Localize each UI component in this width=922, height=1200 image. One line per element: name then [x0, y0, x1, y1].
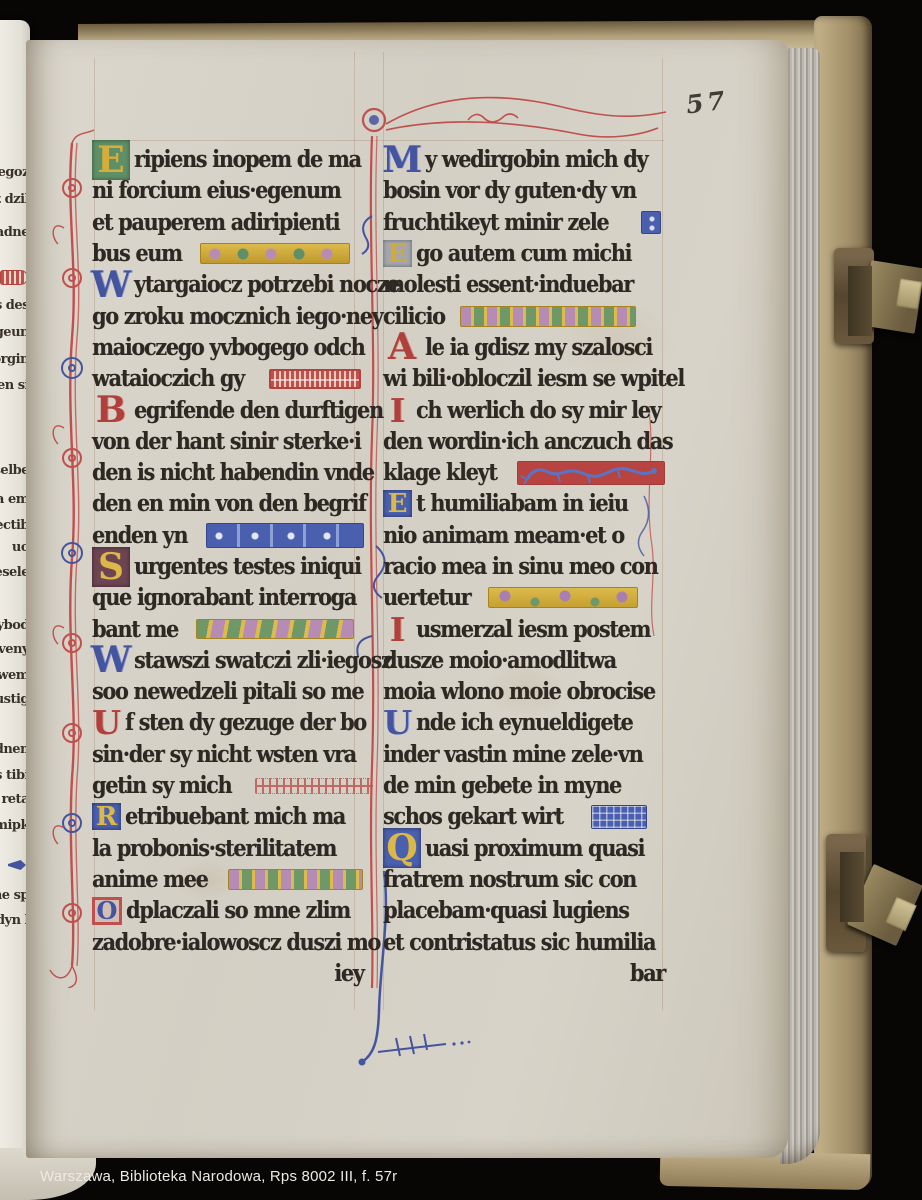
- manuscript-line: Unde ich eynueldigete: [383, 707, 665, 738]
- line-text: la probonis·sterilitatem: [92, 835, 336, 862]
- facing-page-text-fragment: wsb wem: [0, 668, 29, 683]
- manuscript-line: den is nicht habendin vnde: [92, 457, 364, 488]
- manuscript-line: wi bili·obloczil iesm se wpitel: [383, 363, 665, 394]
- manuscript-line: Eripiens inopem de ma: [92, 144, 364, 175]
- illuminated-initial: A: [383, 327, 421, 367]
- manuscript-line: Ich werlich do sy mir ley: [383, 394, 665, 425]
- clasp-brass-tab: [896, 278, 922, 309]
- manuscript-line: den en min von den begrif: [92, 488, 364, 519]
- red-block-line-filler-icon: [269, 369, 361, 389]
- line-text: getin sy mich: [92, 772, 231, 799]
- text-column-right: My wedirgobin mich dybosin vor dy guten·…: [383, 144, 665, 989]
- line-text: klage kleyt: [383, 459, 497, 486]
- manuscript-line: molesti essent·induebar: [383, 269, 665, 300]
- clasp-strap-shadow: [848, 266, 872, 336]
- illuminated-initial: W: [92, 640, 130, 680]
- line-text: urgentes testes iniqui: [134, 553, 361, 580]
- line-text: usmerzal iesm postem: [416, 616, 650, 643]
- manuscript-line: la probonis·sterilitatem: [92, 833, 364, 864]
- manuscript-line: que ignorabant interroga: [92, 582, 364, 613]
- manuscript-line: anime mee: [92, 864, 364, 895]
- manuscript-line: soo newedzeli pitali so me: [92, 676, 364, 707]
- manuscript-line: de min gebete in myne: [383, 770, 665, 801]
- blue-band-line-filler-icon: [206, 523, 364, 548]
- illuminated-initial: O: [92, 897, 122, 925]
- facing-page-text-fragment: ybod: [0, 618, 29, 633]
- manuscript-line: Odplaczali so mne zlim: [92, 895, 364, 926]
- line-text: etribuebant mich ma: [125, 803, 345, 830]
- text-column-left: Eripiens inopem de mani forcium eius·ege…: [92, 144, 364, 989]
- manuscript-line: inder vastin mine zele·vn: [383, 739, 665, 770]
- manuscript-line: Retribuebant mich ma: [92, 801, 364, 832]
- line-text: go autem cum michi: [416, 240, 631, 267]
- red-pen-line-filler-icon: [255, 778, 373, 794]
- line-text: bosin vor dy guten·dy vn: [383, 177, 636, 204]
- line-text: le ia gdisz my szalosci: [425, 334, 652, 361]
- line-text: et contristatus sic humilia: [383, 929, 655, 956]
- line-text: y wedirgobin mich dy: [425, 146, 647, 173]
- illuminated-initial: W: [92, 265, 130, 305]
- manuscript-line: schos gekart wirt: [383, 801, 665, 832]
- blue-small-line-filler-icon: [641, 211, 661, 234]
- line-text: stawszi swatczi zli·iegosz: [134, 647, 391, 674]
- manuscript-line: bus eum: [92, 238, 364, 269]
- facing-page-text-fragment: nea em: [0, 492, 29, 507]
- facing-page-text-fragment: hemipk: [0, 818, 29, 833]
- manuscript-line: bant me: [92, 613, 364, 644]
- dragon-icon: [518, 462, 666, 486]
- manuscript-line: Wstawszi swatczi zli·iegosz: [92, 645, 364, 676]
- line-text: maioczego yvbogego odch: [92, 334, 364, 361]
- facing-page-text-fragment: veny: [0, 642, 29, 657]
- line-text: fratrem nostrum sic con: [383, 866, 636, 893]
- manuscript-line: Iusmerzal iesm postem: [383, 613, 665, 644]
- illuminated-initial: M: [383, 140, 421, 180]
- illuminated-initial: I: [383, 616, 412, 643]
- manuscript-line: ni forcium eius·egenum: [92, 175, 364, 206]
- illuminated-initial: U: [92, 709, 121, 736]
- line-text: go zroku mocznich iego·ney: [92, 303, 382, 330]
- illuminated-initial: R: [92, 803, 121, 830]
- line-text: uertetur: [383, 584, 470, 611]
- gold-flowers-line-filler-icon: [200, 243, 350, 264]
- line-text: placebam·quasi lugiens: [383, 897, 629, 924]
- manuscript-line: Et humiliabam in ieiu: [383, 488, 665, 519]
- line-text: racio mea in sinu meo con: [383, 553, 657, 580]
- manuscript-line: moia wlono moie obrocise: [383, 676, 665, 707]
- clasp-strap-shadow: [840, 852, 864, 922]
- manuscript-line: Quasi proximum quasi: [383, 833, 665, 864]
- line-text: que ignorabant interroga: [92, 584, 356, 611]
- manuscript-line: Ego autem cum michi: [383, 238, 665, 269]
- line-text: ripiens inopem de ma: [134, 146, 361, 173]
- illuminated-initial: Q: [383, 828, 421, 868]
- illuminated-initial: E: [383, 240, 412, 267]
- manuscript-line: wataioczich gy: [92, 363, 364, 394]
- manuscript-line: uertetur: [383, 582, 665, 613]
- clasp-top: [826, 242, 922, 372]
- illuminated-initial: B: [92, 390, 130, 430]
- facing-page-text-fragment: as geun: [0, 325, 29, 340]
- line-text: dusze moio·amodlitwa: [383, 647, 616, 674]
- illuminated-initial: I: [383, 397, 412, 424]
- illuminated-initial: E: [92, 140, 130, 180]
- manuscript-line: nio animam meam·et o: [383, 520, 665, 551]
- line-text: f sten dy gezuge der bo: [125, 709, 366, 736]
- manuscript-line: bar: [383, 958, 665, 989]
- facing-page-text-fragment: wesele: [0, 565, 29, 580]
- line-text: et pauperem adiripienti: [92, 209, 339, 236]
- illuminated-initial: E: [383, 490, 412, 517]
- illuminated-initial: S: [92, 547, 130, 587]
- line-text: ch werlich do sy mir ley: [416, 397, 660, 424]
- manuscript-line: fratrem nostrum sic con: [383, 864, 665, 895]
- manuscript-line: dusze moio·amodlitwa: [383, 645, 665, 676]
- ruling-line-horizontal: [92, 140, 664, 141]
- facing-page-red-ornament-icon: [0, 270, 28, 285]
- line-text: ni forcium eius·egenum: [92, 177, 340, 204]
- manuscript-line: placebam·quasi lugiens: [383, 895, 665, 926]
- manuscript-line: enden yn: [92, 520, 364, 551]
- manuscript-line: getin sy mich: [92, 770, 364, 801]
- manuscript-line: iey: [92, 958, 364, 989]
- facing-page-text-fragment: lustig: [0, 692, 29, 707]
- line-text: uasi proximum quasi: [425, 835, 644, 862]
- facing-page-text-fragment: dyn l: [0, 913, 29, 928]
- manuscript-line: Surgentes testes iniqui: [92, 551, 364, 582]
- manuscript-line: sin·der sy nicht wsten vra: [92, 739, 364, 770]
- dragon-line-filler-icon: [517, 461, 665, 485]
- facing-page-blue-ornament-icon: [8, 860, 26, 870]
- manuscript-line: Ale ia gdisz my szalosci: [383, 332, 665, 363]
- facing-page-text-fragment: lis tibi: [0, 768, 29, 783]
- line-text: von der hant sinir sterke·i: [92, 428, 361, 455]
- line-text: den en min von den begrif: [92, 490, 366, 517]
- manuscript-line: zadobre·ialowoscz duszi mo: [92, 926, 364, 957]
- manuscript-line: klage kleyt: [383, 457, 665, 488]
- manuscript-line: bosin vor dy guten·dy vn: [383, 175, 665, 206]
- line-text: den wordin·ich anczuch das: [383, 428, 672, 455]
- book-cover-board: [814, 16, 872, 1188]
- manuscript-line: von der hant sinir sterke·i: [92, 426, 364, 457]
- manuscript-line: maioczego yvbogego odch: [92, 332, 364, 363]
- manuscript-line: Wytargaiocz potrzebi nocze: [92, 269, 364, 300]
- line-text: egrifende den durftigen: [134, 397, 383, 424]
- line-text: nio animam meam·et o: [383, 522, 624, 549]
- facing-page-text-fragment: lo iegoz: [0, 165, 29, 180]
- facing-page-text-fragment: oie reta: [0, 792, 29, 807]
- gold-floral-line-filler-icon: [488, 587, 638, 608]
- line-text: de min gebete in myne: [383, 772, 621, 799]
- line-text: bar: [630, 960, 665, 987]
- manuscript-line: den wordin·ich anczuch das: [383, 426, 665, 457]
- facing-page-text-fragment: selbe: [0, 463, 29, 478]
- manuscript-page: 57 Eripiens inopem de mani forcium eius·…: [26, 40, 788, 1158]
- facing-page-text-fragment: electib: [0, 518, 29, 533]
- line-text: moia wlono moie obrocise: [383, 678, 655, 705]
- line-text: zadobre·ialowoscz duszi mo: [92, 929, 380, 956]
- manuscript-photo: lo iegozecz dziluadnebs desas geunborgin…: [0, 0, 922, 1200]
- manuscript-line: racio mea in sinu meo con: [383, 551, 665, 582]
- manuscript-line: fruchtikeyt minir zele: [383, 207, 665, 238]
- manuscript-line: My wedirgobin mich dy: [383, 144, 665, 175]
- gold-chevron-line-filler-icon: [460, 306, 636, 327]
- manuscript-line: et contristatus sic humilia: [383, 926, 665, 957]
- line-text: fruchtikeyt minir zele: [383, 209, 608, 236]
- line-text: iey: [335, 960, 364, 987]
- manuscript-line: go zroku mocznich iego·ney: [92, 300, 364, 331]
- line-text: den is nicht habendin vnde: [92, 459, 374, 486]
- manuscript-line: cilicio: [383, 300, 665, 331]
- line-text: nde ich eynueldigete: [416, 709, 632, 736]
- manuscript-line: Uf sten dy gezuge der bo: [92, 707, 364, 738]
- manuscript-line: Begrifende den durftigen: [92, 394, 364, 425]
- clasp-bottom: [818, 828, 918, 978]
- facing-page-text-fragment: ecz dzil: [0, 192, 29, 207]
- line-text: soo newedzeli pitali so me: [92, 678, 363, 705]
- facing-page-text-fragment: a dnen: [0, 742, 29, 757]
- facing-page-text-fragment: uadne: [0, 225, 29, 240]
- blue-box-line-filler-icon: [591, 805, 647, 829]
- line-text: molesti essent·induebar: [383, 271, 633, 298]
- manuscript-line: et pauperem adiripienti: [92, 207, 364, 238]
- knot-band-line-filler-icon: [196, 619, 354, 639]
- folio-number: 57: [684, 86, 730, 120]
- line-text: wi bili·obloczil iesm se wpitel: [383, 365, 684, 392]
- facing-page-text-fragment: den si: [0, 378, 29, 393]
- line-text: dplaczali so mne zlim: [126, 897, 350, 924]
- line-text: sin·der sy nicht wsten vra: [92, 741, 356, 768]
- caption: Warszawa, Biblioteka Narodowa, Rps 8002 …: [40, 1168, 397, 1185]
- facing-page-text-fragment: yne sp: [0, 888, 29, 903]
- line-text: t humiliabam in ieiu: [416, 490, 628, 517]
- facing-page-text-fragment: borgin: [0, 352, 29, 367]
- illuminated-initial: U: [383, 709, 412, 736]
- line-text: anime mee: [92, 866, 208, 893]
- line-text: ytargaiocz potrzebi nocze: [134, 271, 399, 298]
- line-text: inder vastin mine zele·vn: [383, 741, 642, 768]
- facing-page-text-fragment: bs des: [0, 298, 29, 313]
- gold-chevron-sm-line-filler-icon: [228, 869, 363, 890]
